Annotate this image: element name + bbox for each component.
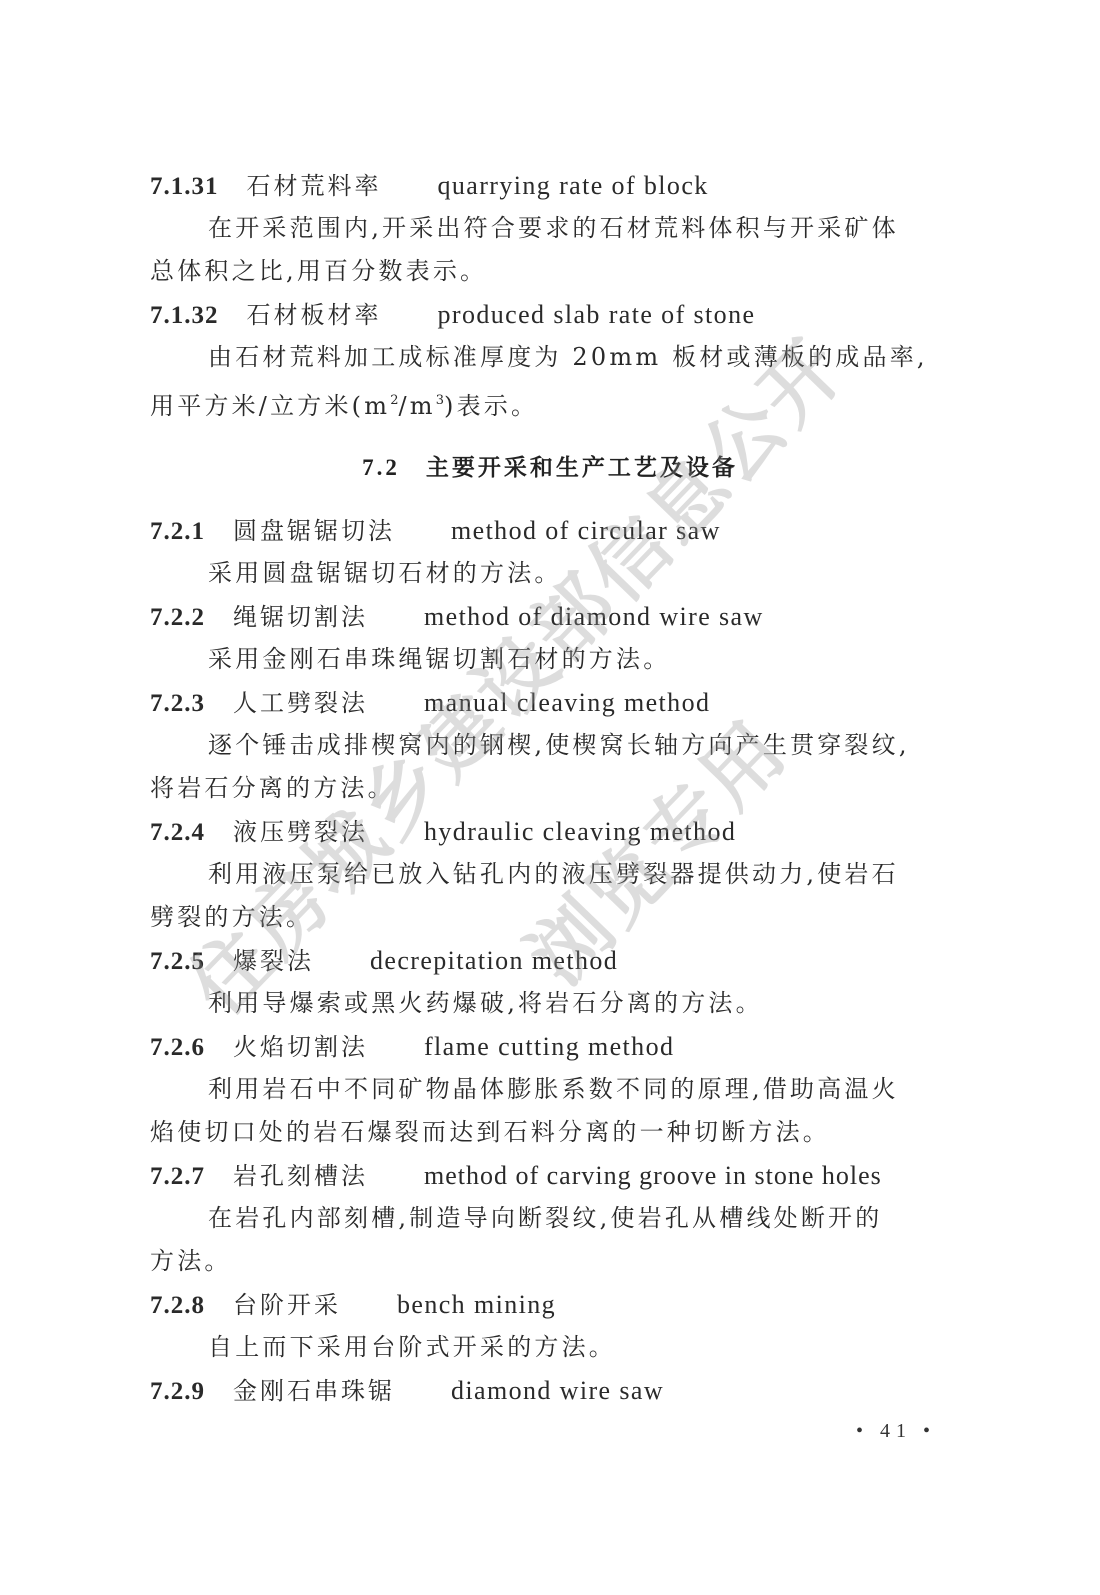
term-chinese: 石材板材率	[247, 294, 382, 337]
definition-line: 在开采范围内,开采出符合要求的石材荒料体积与开采矿体	[208, 207, 1008, 250]
page-number: • 41 •	[856, 1420, 936, 1443]
definition-line: 利用液压泵给已放入钻孔内的液压劈裂器提供动力,使岩石	[208, 853, 1008, 896]
definition-line: 逐个锤击成排楔窝内的钢楔,使楔窝长轴方向产生贯穿裂纹,	[208, 724, 1008, 767]
definition-line: 总体积之比,用百分数表示。	[150, 250, 950, 293]
text-segment: )表示。	[444, 392, 538, 420]
term-number: 7.2.6	[150, 1026, 205, 1069]
term-heading-7-2-5: 7.2.5爆裂法decrepitation method	[150, 939, 950, 982]
term-number: 7.2.3	[150, 682, 205, 725]
definition-line: 由石材荒料加工成标准厚度为 20mm 板材或薄板的成品率,	[208, 336, 1008, 379]
definition-line: 利用岩石中不同矿物晶体膨胀系数不同的原理,借助高温火	[208, 1068, 1008, 1111]
term-english: bench mining	[397, 1283, 556, 1326]
term-chinese: 石材荒料率	[247, 165, 382, 208]
term-chinese: 岩孔刻槽法	[233, 1155, 368, 1198]
definition-line-units: 用平方米/立方米(m2/m3)表示。	[150, 379, 950, 422]
definition-line: 焰使切口处的岩石爆裂而达到石料分离的一种切断方法。	[150, 1111, 950, 1154]
term-english: flame cutting method	[424, 1025, 674, 1068]
section-number: 7.2	[362, 455, 400, 480]
section-heading: 7.2主要开采和生产工艺及设备	[0, 446, 1100, 489]
term-number: 7.2.7	[150, 1155, 205, 1198]
superscript: 2	[390, 393, 398, 408]
term-chinese: 圆盘锯锯切法	[233, 510, 395, 553]
definition-line: 自上而下采用台阶式开采的方法。	[208, 1326, 1008, 1369]
term-heading-7-2-6: 7.2.6火焰切割法flame cutting method	[150, 1025, 950, 1068]
document-page: 7.1.31石材荒料率quarrying rate of block 在开采范围…	[0, 0, 1100, 1595]
superscript: 3	[436, 393, 444, 408]
term-number: 7.2.8	[150, 1284, 205, 1327]
term-number: 7.2.2	[150, 596, 205, 639]
definition-line: 采用金刚石串珠绳锯切割石材的方法。	[208, 638, 1008, 681]
term-chinese: 火焰切割法	[233, 1026, 368, 1069]
term-heading-7-2-7: 7.2.7岩孔刻槽法method of carving groove in st…	[150, 1154, 950, 1197]
definition-line: 将岩石分离的方法。	[150, 767, 950, 810]
section-title: 主要开采和生产工艺及设备	[426, 455, 738, 481]
term-number: 7.2.5	[150, 940, 205, 983]
term-heading-7-1-31: 7.1.31石材荒料率quarrying rate of block	[150, 164, 950, 207]
definition-line: 在岩孔内部刻槽,制造导向断裂纹,使岩孔从槽线处断开的	[208, 1197, 1008, 1240]
term-chinese: 人工劈裂法	[233, 682, 368, 725]
definition-line: 采用圆盘锯锯切石材的方法。	[208, 552, 1008, 595]
text-segment: 用平方米/立方米(m	[150, 392, 390, 420]
term-chinese: 金刚石串珠锯	[233, 1370, 395, 1413]
definition-line: 劈裂的方法。	[150, 896, 950, 939]
term-english: quarrying rate of block	[438, 164, 709, 207]
term-heading-7-2-4: 7.2.4液压劈裂法hydraulic cleaving method	[150, 810, 950, 853]
term-english: method of diamond wire saw	[424, 595, 764, 638]
term-english: method of circular saw	[451, 509, 721, 552]
term-number: 7.2.9	[150, 1370, 205, 1413]
term-english: decrepitation method	[370, 939, 618, 982]
term-number: 7.1.31	[150, 165, 219, 208]
term-english: produced slab rate of stone	[438, 293, 756, 336]
term-heading-7-2-3: 7.2.3人工劈裂法manual cleaving method	[150, 681, 950, 724]
text-segment: /m	[399, 392, 436, 420]
term-english: hydraulic cleaving method	[424, 810, 736, 853]
term-chinese: 绳锯切割法	[233, 596, 368, 639]
term-heading-7-2-1: 7.2.1圆盘锯锯切法method of circular saw	[150, 509, 950, 552]
term-chinese: 台阶开采	[233, 1284, 341, 1327]
term-heading-7-2-8: 7.2.8台阶开采bench mining	[150, 1283, 950, 1326]
term-chinese: 爆裂法	[233, 940, 314, 983]
term-english: method of carving groove in stone holes	[424, 1154, 882, 1197]
term-heading-7-2-9: 7.2.9金刚石串珠锯diamond wire saw	[150, 1369, 950, 1412]
term-english: diamond wire saw	[451, 1369, 664, 1412]
definition-line: 方法。	[150, 1240, 950, 1283]
term-english: manual cleaving method	[424, 681, 710, 724]
definition-line: 利用导爆索或黑火药爆破,将岩石分离的方法。	[208, 982, 1008, 1025]
term-chinese: 液压劈裂法	[233, 811, 368, 854]
term-number: 7.2.4	[150, 811, 205, 854]
term-heading-7-2-2: 7.2.2绳锯切割法method of diamond wire saw	[150, 595, 950, 638]
term-number: 7.2.1	[150, 510, 205, 553]
term-heading-7-1-32: 7.1.32石材板材率produced slab rate of stone	[150, 293, 950, 336]
term-number: 7.1.32	[150, 294, 219, 337]
